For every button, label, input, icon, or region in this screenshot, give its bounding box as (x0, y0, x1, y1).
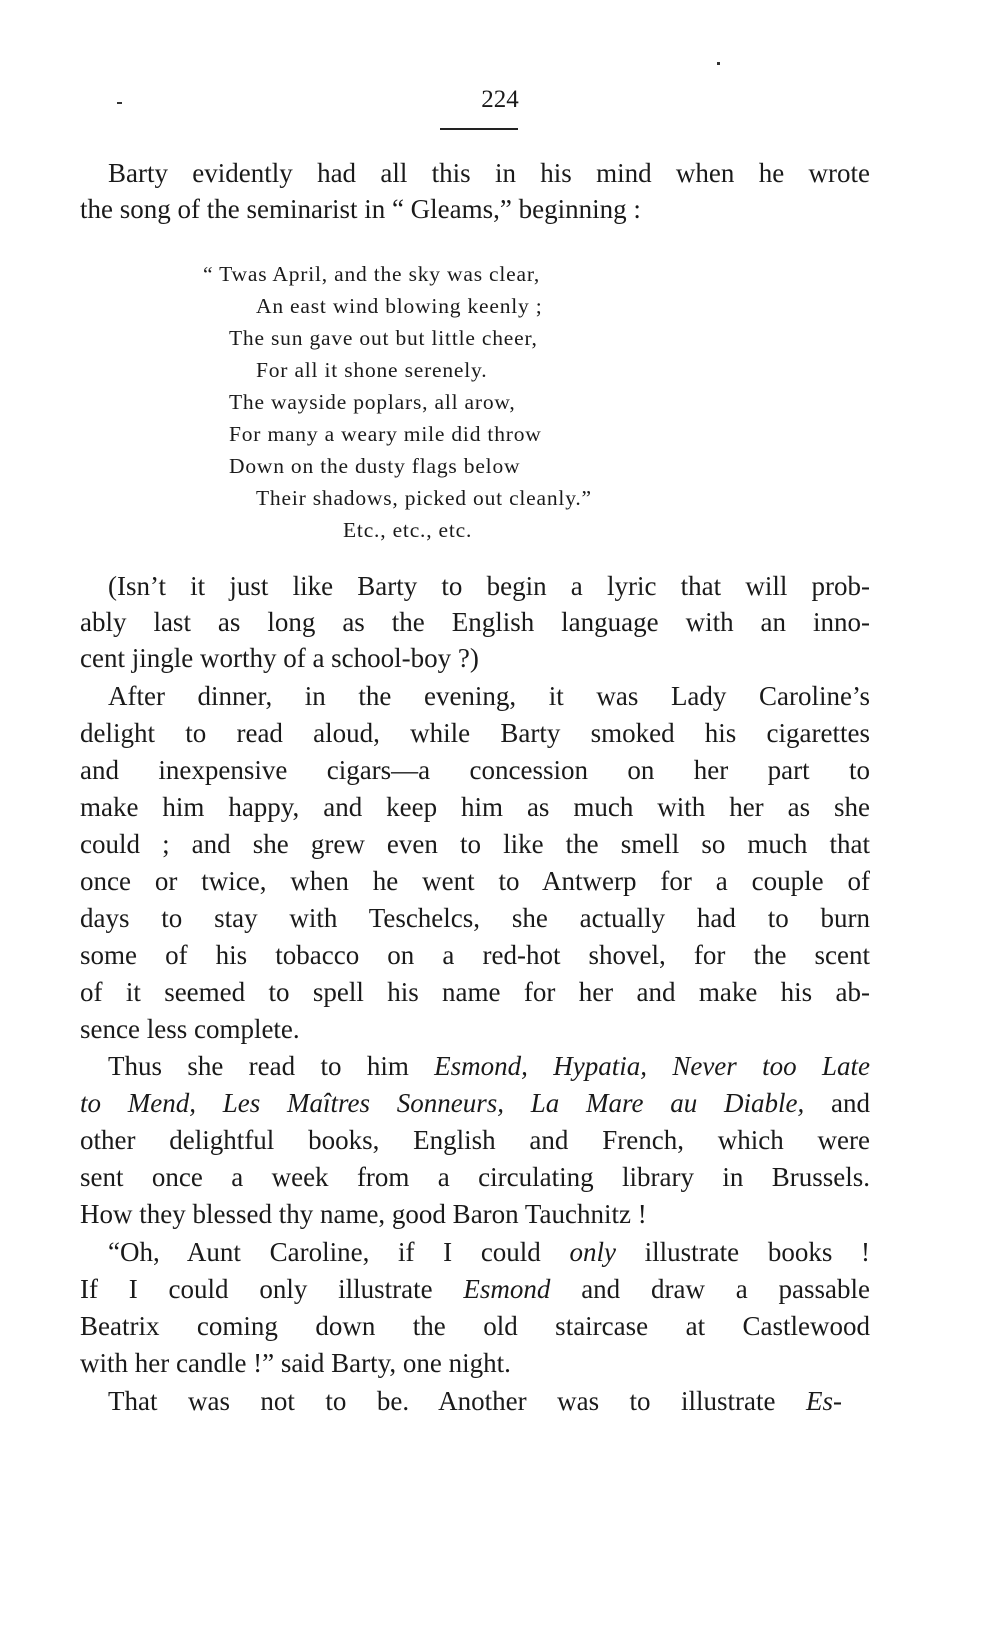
text: and draw a passable (550, 1274, 870, 1304)
text: and (804, 1088, 870, 1118)
paragraph-line: How they blessed thy name, good Baron Ta… (80, 1196, 870, 1232)
paragraph-line: Thus she read to him Esmond, Hypatia, Ne… (80, 1048, 870, 1084)
paragraph-line: Beatrix coming down the old staircase at… (80, 1308, 870, 1344)
verse-line: An east wind blowing keenly ; (256, 290, 543, 322)
book-title: Es- (806, 1386, 842, 1416)
paragraph-line: That was not to be. Another was to illus… (80, 1383, 842, 1419)
book-title: Esmond (463, 1274, 550, 1304)
paragraph-line: once or twice, when he went to Antwerp f… (80, 863, 870, 899)
paragraph-line: (Isn’t it just like Barty to begin a lyr… (80, 568, 870, 604)
scan-speck (717, 62, 720, 65)
paragraph-line: After dinner, in the evening, it was Lad… (80, 678, 870, 714)
paragraph-line: to Mend, Les Maîtres Sonneurs, La Mare a… (80, 1085, 870, 1121)
verse-line: Etc., etc., etc. (343, 514, 472, 546)
emphasis: only (570, 1237, 617, 1267)
paragraph-line: make him happy, and keep him as much wit… (80, 789, 870, 825)
header-rule (440, 128, 518, 130)
verse-line: Their shadows, picked out cleanly.” (256, 482, 592, 514)
text: “Oh, Aunt Caroline, if I could (108, 1237, 570, 1267)
text: That was not to be. Another was to illus… (108, 1386, 806, 1416)
book-titles: Esmond, Hypatia, Never too Late (434, 1051, 870, 1081)
verse-line: For many a weary mile did throw (229, 418, 542, 450)
intro-line: the song of the seminarist in “ Gleams,”… (80, 191, 870, 227)
page-number: 224 (0, 86, 1000, 114)
paragraph-line: days to stay with Teschelcs, she actuall… (80, 900, 870, 936)
text: If I could only illustrate (80, 1274, 463, 1304)
verse-line: Down on the dusty flags below (229, 450, 520, 482)
paragraph-line: If I could only illustrate Esmond and dr… (80, 1271, 870, 1307)
paragraph-line: delight to read aloud, while Barty smoke… (80, 715, 870, 751)
text: Thus she read to him (108, 1051, 434, 1081)
paragraph-line: cent jingle worthy of a school-boy ?) (80, 640, 870, 676)
paragraph-line: and inexpensive cigars—a concession on h… (80, 752, 870, 788)
verse-line: “ Twas April, and the sky was clear, (203, 258, 540, 290)
paragraph-line: ably last as long as the English languag… (80, 604, 870, 640)
paragraph-line: “Oh, Aunt Caroline, if I could only illu… (80, 1234, 870, 1270)
paragraph-line: sence less complete. (80, 1011, 870, 1047)
paragraph-line: could ; and she grew even to like the sm… (80, 826, 870, 862)
book-titles: to Mend, Les Maîtres Sonneurs, La Mare a… (80, 1088, 804, 1118)
verse-line: The sun gave out but little cheer, (229, 322, 538, 354)
paragraph-line: some of his tobacco on a red-hot shovel,… (80, 937, 870, 973)
text: illustrate books ! (616, 1237, 870, 1267)
paragraph-line: other delightful books, English and Fren… (80, 1122, 870, 1158)
paragraph-line: sent once a week from a circulating libr… (80, 1159, 870, 1195)
verse-line: For all it shone serenely. (256, 354, 487, 386)
scan-speck (117, 102, 122, 104)
verse-line: The wayside poplars, all arow, (229, 386, 516, 418)
intro-line: Barty evidently had all this in his mind… (80, 155, 870, 191)
paragraph-line: with her candle !” said Barty, one night… (80, 1345, 870, 1381)
paragraph-line: of it seemed to spell his name for her a… (80, 974, 870, 1010)
